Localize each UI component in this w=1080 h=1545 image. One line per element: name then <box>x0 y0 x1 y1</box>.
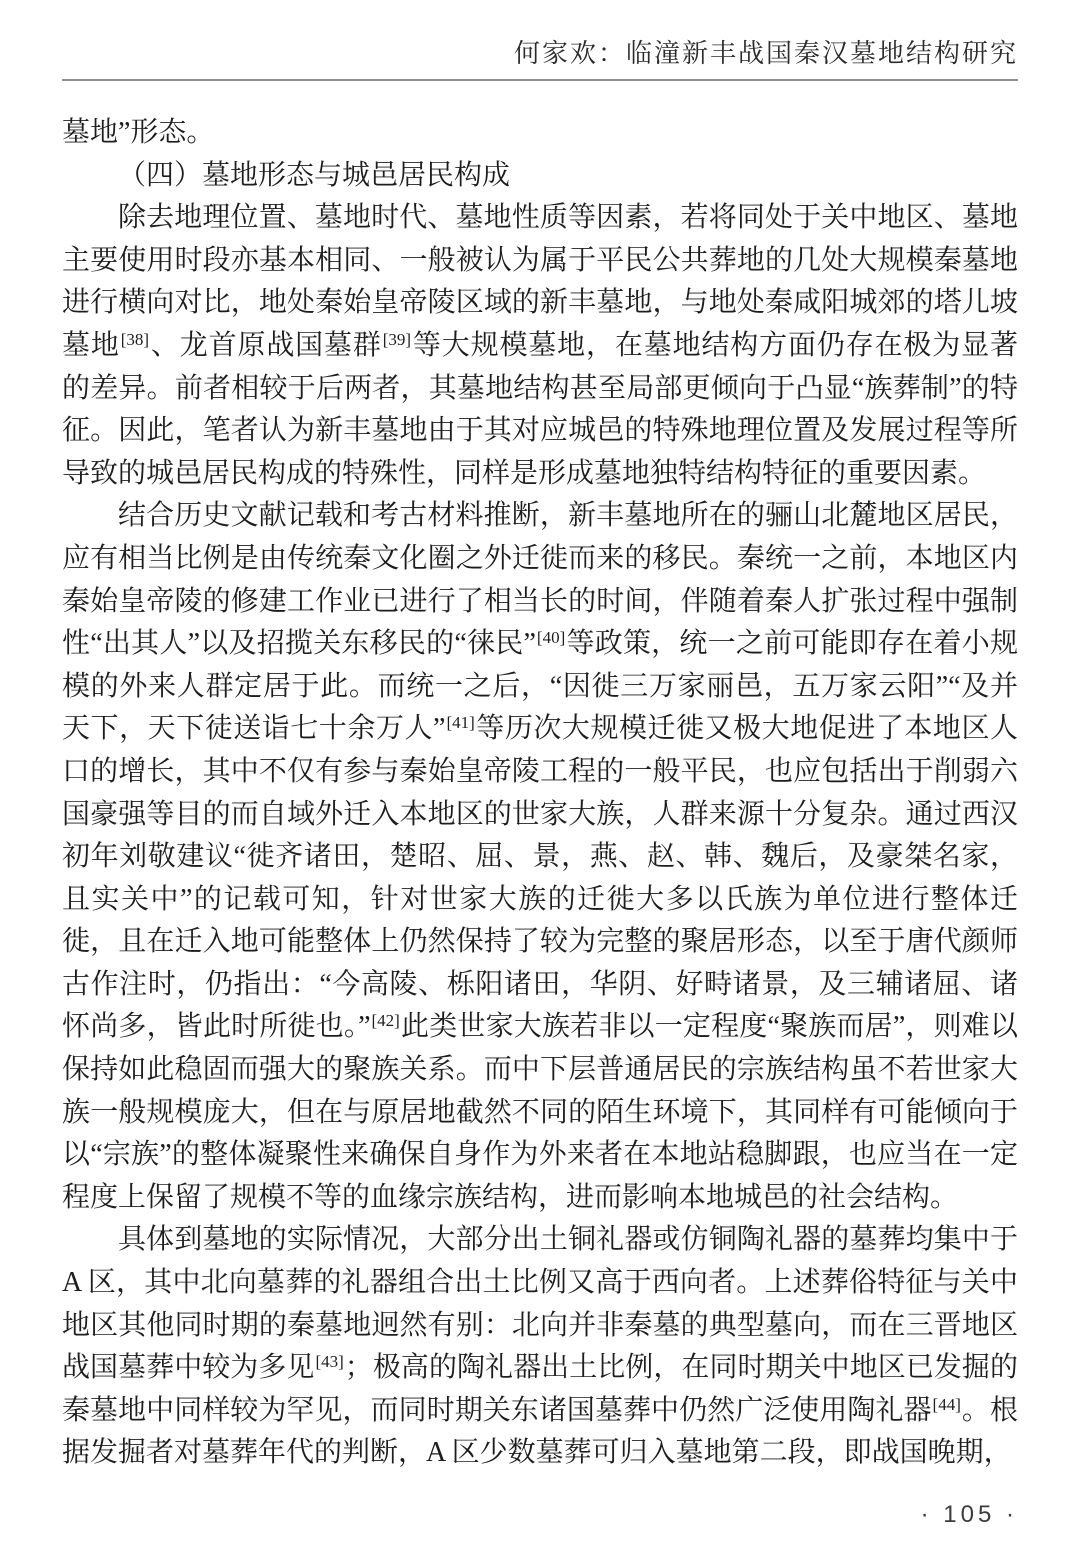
running-header: 何家欢：临潼新丰战国秦汉墓地结构研究 <box>62 38 1018 70</box>
footnote-ref: [40] <box>536 628 566 647</box>
page-footer: · 105 · <box>921 1501 1018 1529</box>
section-heading: （四）墓地形态与城邑居民构成 <box>62 155 1018 198</box>
footnote-ref: [38] <box>120 330 150 349</box>
page-number: · 105 · <box>921 1501 1018 1528</box>
paragraph: 墓地”形态。 <box>62 112 1018 155</box>
footnote-ref: [41] <box>445 713 475 732</box>
paragraph: 除去地理位置、墓地时代、墓地性质等因素，若将同处于关中地区、墓地主要使用时段亦基… <box>62 197 1018 495</box>
running-header-title: 何家欢：临潼新丰战国秦汉墓地结构研究 <box>514 39 1018 68</box>
footnote-ref: [43] <box>314 1352 344 1371</box>
footnote-ref: [39] <box>382 330 412 349</box>
article-body: 墓地”形态。（四）墓地形态与城邑居民构成除去地理位置、墓地时代、墓地性质等因素，… <box>62 112 1018 1475</box>
paragraph: 具体到墓地的实际情况，大部分出土铜礼器或仿铜陶礼器的墓葬均集中于A 区，其中北向… <box>62 1219 1018 1475</box>
paragraph: 结合历史文献记载和考古材料推断，新丰墓地所在的骊山北麓地区居民，应有相当比例是由… <box>62 495 1018 1219</box>
footnote-ref: [44] <box>932 1395 962 1414</box>
paper-page: 何家欢：临潼新丰战国秦汉墓地结构研究 墓地”形态。（四）墓地形态与城邑居民构成除… <box>0 0 1080 1545</box>
header-rule-divider <box>62 79 1018 81</box>
footnote-ref: [42] <box>371 1011 401 1030</box>
